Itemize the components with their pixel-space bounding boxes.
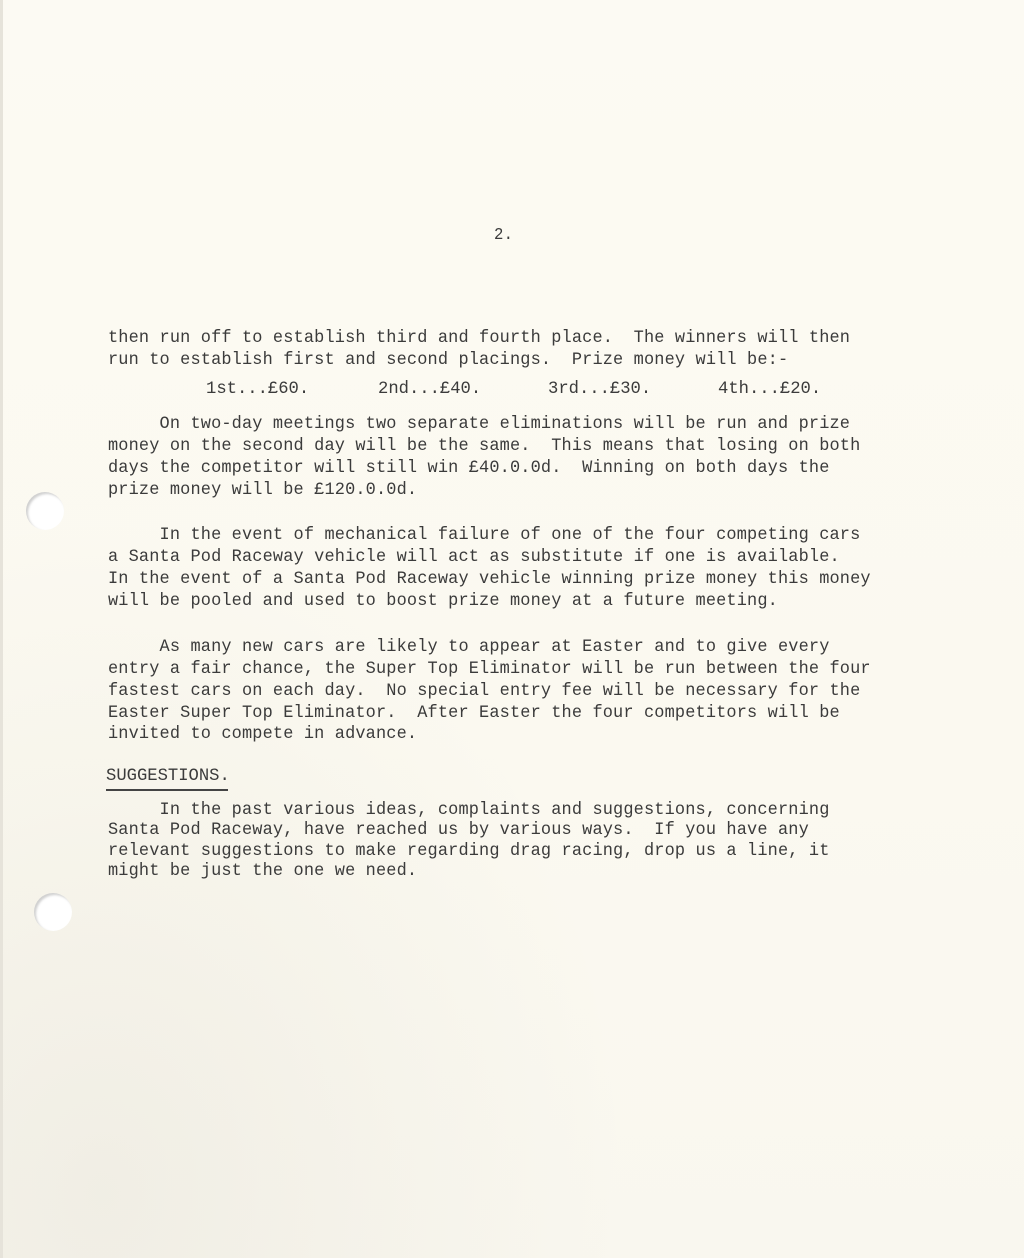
- page-number: 2.: [494, 226, 513, 245]
- text-line: As many new cars are likely to appear at…: [108, 637, 830, 659]
- text-line: In the past various ideas, complaints an…: [108, 800, 830, 822]
- prize-fourth: 4th...£20.: [718, 380, 821, 399]
- text-line: will be pooled and used to boost prize m…: [108, 591, 778, 613]
- prize-second: 2nd...£40.: [378, 380, 481, 399]
- text-line: On two-day meetings two separate elimina…: [108, 414, 850, 436]
- text-line: In the event of a Santa Pod Raceway vehi…: [108, 569, 871, 591]
- text-line: money on the second day will be the same…: [108, 436, 860, 458]
- text-line: relevant suggestions to make regarding d…: [108, 841, 830, 863]
- text-line: then run off to establish third and four…: [108, 328, 850, 350]
- text-line: fastest cars on each day. No special ent…: [108, 681, 860, 703]
- heading-underline: [106, 789, 228, 791]
- text-line: a Santa Pod Raceway vehicle will act as …: [108, 547, 840, 569]
- punch-hole-lower: [34, 893, 72, 931]
- text-line: Santa Pod Raceway, have reached us by va…: [108, 820, 809, 842]
- text-line: In the event of mechanical failure of on…: [108, 525, 860, 547]
- page-edge: [0, 0, 3, 1258]
- punch-hole-upper: [26, 492, 64, 530]
- text-line: entry a fair chance, the Super Top Elimi…: [108, 659, 871, 681]
- section-heading-suggestions: SUGGESTIONS.: [106, 767, 230, 786]
- text-line: days the competitor will still win £40.0…: [108, 458, 830, 480]
- text-line: might be just the one we need.: [108, 861, 417, 883]
- text-line: invited to compete in advance.: [108, 724, 417, 746]
- prize-first: 1st...£60.: [206, 380, 309, 399]
- text-line: prize money will be £120.0.0d.: [108, 480, 417, 502]
- prize-third: 3rd...£30.: [548, 380, 651, 399]
- text-line: run to establish first and second placin…: [108, 350, 788, 372]
- paper-page: 2. then run off to establish third and f…: [0, 0, 1024, 1258]
- text-line: Easter Super Top Eliminator. After Easte…: [108, 703, 840, 725]
